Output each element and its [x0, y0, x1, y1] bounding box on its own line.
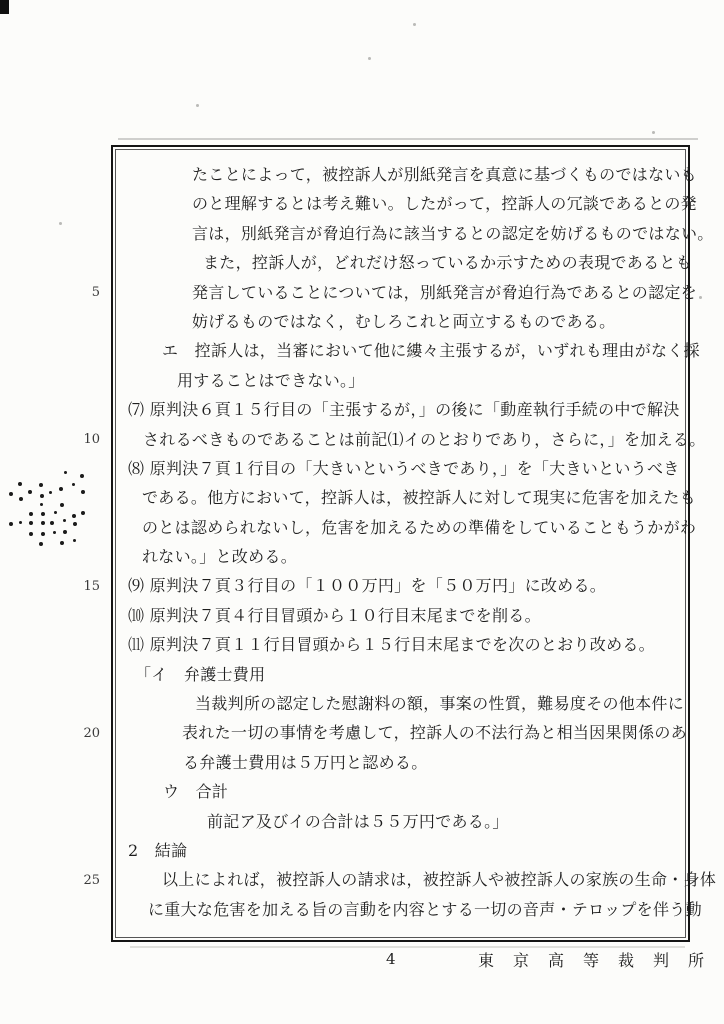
scan-corner-artifact [0, 0, 9, 14]
margin-dot [41, 521, 45, 525]
scan-speck [59, 222, 62, 225]
text-line: ⑼ 原判決７頁３行目の「１００万円」を「５０万円」に改める。 [128, 571, 693, 600]
text-line: 2 結論 [128, 836, 693, 865]
margin-dot [9, 492, 13, 496]
scanned-document-page: たことによって，被控訴人が別紙発言を真意に基づくものではないものと理解するとは考… [0, 0, 724, 1024]
margin-dot [64, 471, 67, 474]
text-line: 発言していることについては，別紙発言が脅迫行為であるとの認定を [128, 278, 693, 307]
margin-dot [73, 522, 77, 526]
court-name: 東京高等裁判所 [478, 948, 723, 971]
text-line: 表れた一切の事情を考慮して，控訴人の不法行為と相当因果関係のあ [128, 718, 693, 747]
text-line: ⑾ 原判決７頁１１行目冒頭から１５行目末尾までを次のとおり改める。 [128, 630, 693, 659]
text-line: のとは認められないし，危害を加えるための準備をしていることもうかがわ [128, 513, 693, 542]
text-line: のと理解するとは考え難い。したがって，控訴人の冗談であるとの発 [128, 189, 693, 218]
text-line: たことによって，被控訴人が別紙発言を真意に基づくものではないも [128, 160, 693, 189]
margin-dot [29, 512, 33, 516]
body-text: たことによって，被控訴人が別紙発言を真意に基づくものではないものと理解するとは考… [128, 160, 693, 924]
text-line: 「イ 弁護士費用 [128, 660, 693, 689]
margin-dot [72, 514, 76, 518]
line-number: 25 [60, 873, 100, 889]
scan-speck [652, 131, 655, 134]
page-number: 4 [386, 950, 396, 968]
margin-dot [73, 539, 76, 542]
margin-dot [29, 532, 33, 536]
text-line: ⑻ 原判決７頁１行目の「大きいというべきであり，」を「大きいというべき [128, 454, 693, 483]
scan-speck [413, 23, 416, 26]
text-line: 当裁判所の認定した慰謝料の額，事案の性質，難易度その他本件に [128, 689, 693, 718]
text-line: である。他方において，控訴人は，被控訴人に対して現実に危害を加えたも [128, 483, 693, 512]
text-line: エ 控訴人は，当審において他に縷々主張するが，いずれも理由がなく採 [128, 336, 693, 365]
text-line: ⑽ 原判決７頁４行目冒頭から１０行目末尾までを削る。 [128, 601, 693, 630]
margin-dot [49, 491, 52, 494]
text-line: に重大な危害を加える旨の言動を内容とする一切の音声・テロップを伴う動 [128, 895, 693, 924]
text-line: れない。」と改める。 [128, 542, 693, 571]
text-line: 用することはできない。」 [128, 366, 693, 395]
line-number: 10 [60, 432, 100, 448]
text-line: 前記ア及びイの合計は５５万円である。」 [128, 807, 693, 836]
scan-speck [196, 104, 199, 107]
text-line: 妨げるものではなく，むしろこれと両立するものである。 [128, 307, 693, 336]
margin-dot [53, 531, 56, 534]
margin-dot [29, 521, 33, 525]
scan-streak-top [118, 138, 698, 140]
margin-dot [9, 522, 13, 526]
text-line: 以上によれば，被控訴人の請求は，被控訴人や被控訴人の家族の生命・身体 [128, 865, 693, 894]
text-line: また，控訴人が，どれだけ怒っているか示すための表現であるとも [128, 248, 693, 277]
scan-speck [699, 296, 702, 299]
margin-dot [40, 494, 44, 498]
margin-dot [41, 532, 45, 536]
margin-dot [50, 521, 54, 525]
margin-dot [80, 474, 84, 478]
margin-dot [39, 483, 43, 487]
margin-dot [72, 483, 75, 486]
text-line: ウ 合計 [128, 777, 693, 806]
margin-dot [81, 511, 85, 515]
text-line: る弁護士費用は５万円と認める。 [128, 748, 693, 777]
margin-dot [28, 490, 32, 494]
margin-dot [54, 511, 57, 514]
text-line: 言は，別紙発言が脅迫行為に該当するとの認定を妨げるものではない。 [128, 219, 693, 248]
line-number: 20 [60, 726, 100, 742]
line-number: 5 [60, 285, 100, 301]
margin-dot [81, 490, 85, 494]
margin-dot [60, 541, 64, 545]
margin-dot [19, 497, 23, 501]
margin-dot [63, 530, 67, 534]
margin-dot [59, 487, 63, 491]
text-line: ⑺ 原判決６頁１５行目の「主張するが，」の後に「動産執行手続の中で解決 [128, 395, 693, 424]
scan-speck [368, 57, 371, 60]
text-line: されるべきものであることは前記⑴イのとおりであり，さらに，」を加える。 [128, 425, 693, 454]
line-number: 15 [60, 579, 100, 595]
margin-dot [60, 503, 64, 507]
margin-dot [18, 482, 22, 486]
margin-dot [19, 521, 22, 524]
margin-dot [63, 519, 66, 522]
margin-dot [40, 503, 43, 506]
margin-dot [39, 542, 43, 546]
margin-dot [41, 512, 45, 516]
